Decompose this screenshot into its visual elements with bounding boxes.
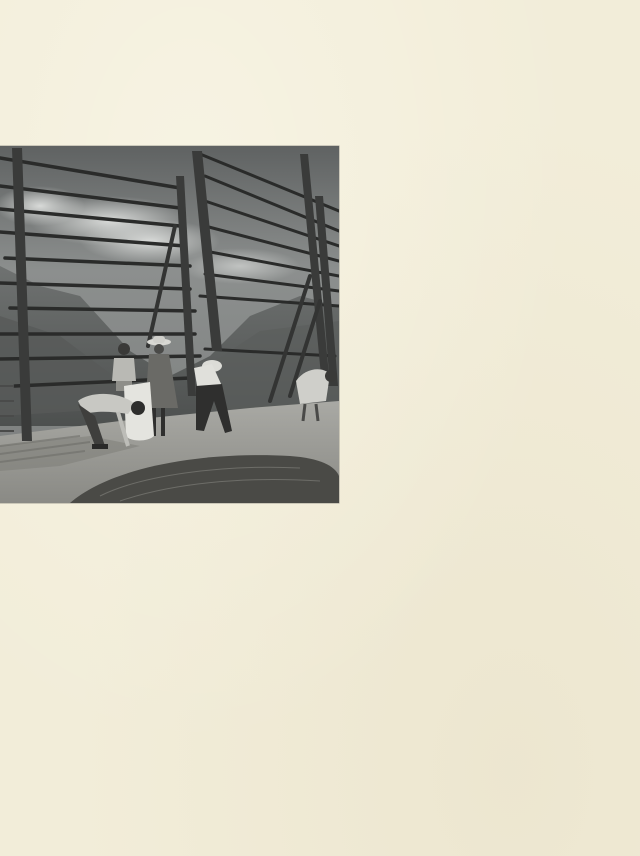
photograph <box>0 146 339 503</box>
book-page <box>0 0 640 856</box>
photo-illustration <box>0 146 339 503</box>
